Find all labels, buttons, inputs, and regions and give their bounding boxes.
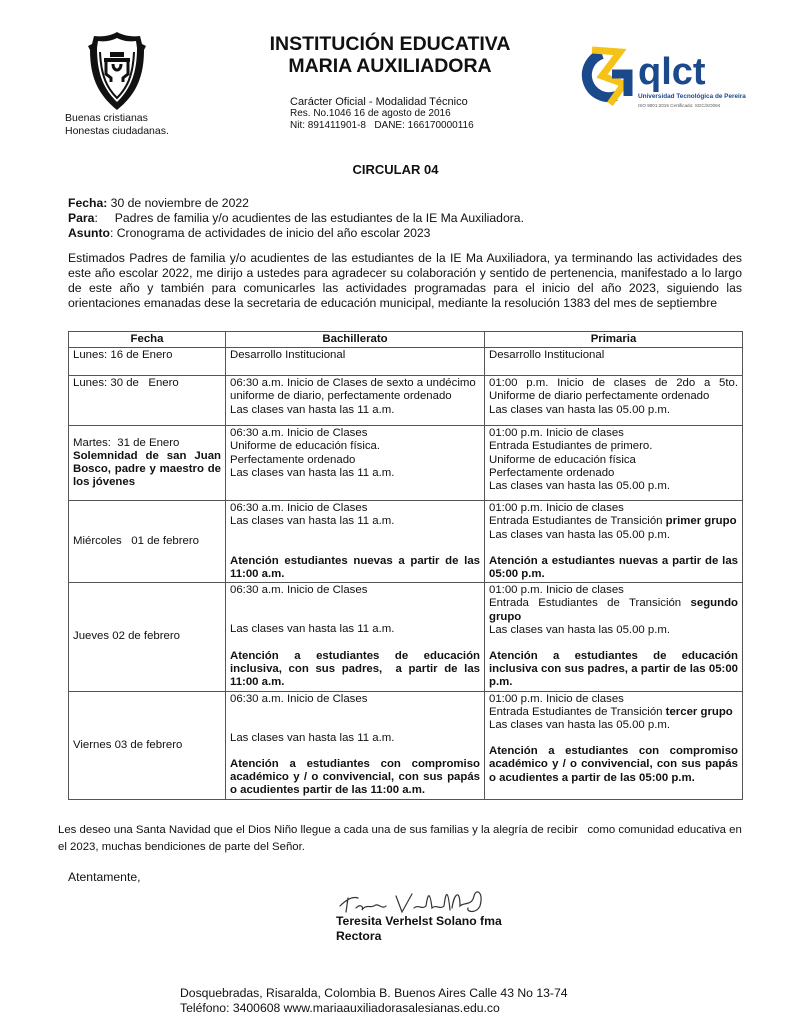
cell-primaria: Desarrollo Institucional <box>485 348 743 376</box>
institution-nit-dane: Nit: 891411901-8 DANE: 166170000116 <box>290 120 474 132</box>
cell-line: 06:30 a.m. Inicio de Clases de sexto a u… <box>230 377 480 390</box>
attention-note: Atención estudiantes nuevas a partir de … <box>230 555 480 581</box>
footer-address: Dosquebradas, Risaralda, Colombia B. Bue… <box>180 986 568 1001</box>
cell-bachillerato: 06:30 a.m. Inicio de Clases de sexto a u… <box>226 376 485 426</box>
group-label: primer grupo <box>666 515 737 527</box>
cell-line: Uniforme de educación física <box>489 454 738 467</box>
table-row: Jueves 02 de febrero 06:30 a.m. Inicio d… <box>69 583 743 691</box>
recipient-line: Para: Padres de familia y/o acudientes d… <box>68 211 524 226</box>
closing-message: Les deseo una Santa Navidad que el Dios … <box>58 822 748 856</box>
cell-line: Las clases van hasta las 11 a.m. <box>230 732 480 745</box>
cell-primaria: 01:00 p.m. Inicio de clases Entrada Estu… <box>485 426 743 501</box>
cell-fecha: Lunes: 16 de Enero <box>69 348 226 376</box>
header-bachillerato: Bachillerato <box>226 332 485 348</box>
institution-resolution: Res. No.1046 16 de agosto de 2016 <box>290 108 474 120</box>
cell-text: Entrada Estudiantes de Transición <box>489 515 666 527</box>
date-value: 30 de noviembre de 2022 <box>107 196 249 210</box>
recipient-label: Para <box>68 211 94 225</box>
intro-paragraph: Estimados Padres de familia y/o acudient… <box>68 251 742 311</box>
cell-line: Entrada Estudiantes de primero. <box>489 440 738 453</box>
header-primaria: Primaria <box>485 332 743 348</box>
subject-line: Asunto: Cronograma de actividades de ini… <box>68 226 430 241</box>
cell-line: Las clases van hasta las 11 a.m. <box>230 515 480 528</box>
institution-name-line-2: MARIA AUXILIADORA <box>230 55 550 77</box>
cell-line: 01:00 p.m. Inicio de clases <box>489 584 738 597</box>
schedule-table: Fecha Bachillerato Primaria Lunes: 16 de… <box>68 331 743 800</box>
institution-name-line-1: INSTITUCIÓN EDUCATIVA <box>230 33 550 55</box>
cell-line: Martes: 31 de Enero <box>73 437 221 450</box>
feast-day-note: Solemnidad de san Juan Bosco, padre y ma… <box>73 450 221 490</box>
signer-block: Teresita Verhelst Solano fma Rectora <box>336 914 502 944</box>
subject-value: : Cronograma de actividades de inicio de… <box>110 226 430 240</box>
footer-contact: Teléfono: 3400608 www.mariaauxiliadorasa… <box>180 1001 568 1016</box>
cell-primaria: 01:00 p.m. Inicio de clases de 2do a 5to… <box>485 376 743 426</box>
shield-crest-icon <box>80 30 154 112</box>
cell-line: uniforme de diario, perfectamente ordena… <box>230 390 480 403</box>
cell-line: 06:30 a.m. Inicio de Clases <box>230 584 480 597</box>
cell-line: Entrada Estudiantes de Transición primer… <box>489 515 738 528</box>
cell-bachillerato: 06:30 a.m. Inicio de Clases Uniforme de … <box>226 426 485 501</box>
footer: Dosquebradas, Risaralda, Colombia B. Bue… <box>180 986 568 1016</box>
cell-line: 06:30 a.m. Inicio de Clases <box>230 502 480 515</box>
logo-certification: ISO 9001:2015 Certificado: SGC/SO084 <box>638 103 721 108</box>
cell-line: Las clases van hasta las 05.00 p.m. <box>489 624 738 637</box>
cell-line: Las clases van hasta las 11 a.m. <box>230 467 480 480</box>
subject-label: Asunto <box>68 226 110 240</box>
table-header-row: Fecha Bachillerato Primaria <box>69 332 743 348</box>
cell-line: 01:00 p.m. Inicio de clases <box>489 693 738 706</box>
cell-primaria: 01:00 p.m. Inicio de clases Entrada Estu… <box>485 691 743 799</box>
attention-note: Atención a estudiantes de educación incl… <box>230 650 480 690</box>
table-row: Viernes 03 de febrero 06:30 a.m. Inicio … <box>69 691 743 799</box>
cell-line: Desarrollo Institucional <box>489 349 738 362</box>
cell-line: 06:30 a.m. Inicio de Clases <box>230 427 480 440</box>
institution-name: INSTITUCIÓN EDUCATIVA MARIA AUXILIADORA <box>230 33 550 77</box>
cell-text: Entrada Estudiantes de Transición <box>489 597 691 609</box>
cell-bachillerato: 06:30 a.m. Inicio de Clases Las clases v… <box>226 583 485 691</box>
motto-line-2: Honestas ciudadanas. <box>65 125 169 138</box>
table-row: Martes: 31 de Enero Solemnidad de san Ju… <box>69 426 743 501</box>
table-row: Miércoles 01 de febrero 06:30 a.m. Inici… <box>69 501 743 583</box>
cell-text: Entrada Estudiantes de Transición <box>489 706 666 718</box>
cell-line: Las clases van hasta las 05.00 p.m. <box>489 480 738 493</box>
attention-note: Atención a estudiantes con compromiso ac… <box>489 745 738 785</box>
cell-line: Uniforme de educación física. <box>230 440 480 453</box>
cell-line: Las clases van hasta las 05.00 p.m. <box>489 529 738 542</box>
table-row: Lunes: 30 de Enero 06:30 a.m. Inicio de … <box>69 376 743 426</box>
cell-line: Entrada Estudiantes de Transición tercer… <box>489 706 738 719</box>
cell-line: 06:30 a.m. Inicio de Clases <box>230 693 480 706</box>
signer-name: Teresita Verhelst Solano fma <box>336 914 502 929</box>
cell-line: Las clases van hasta las 11 a.m. <box>230 404 480 417</box>
cell-line: 01:00 p.m. Inicio de clases de 2do a 5to… <box>489 377 738 390</box>
table-row: Lunes: 16 de Enero Desarrollo Institucio… <box>69 348 743 376</box>
cell-line: Las clases van hasta las 05.00 p.m. <box>489 719 738 732</box>
cell-line: Las clases van hasta las 11 a.m. <box>230 623 480 636</box>
institution-character: Carácter Oficial - Modalidad Técnico <box>290 96 474 108</box>
cell-bachillerato: 06:30 a.m. Inicio de Clases Las clases v… <box>226 691 485 799</box>
cell-primaria: 01:00 p.m. Inicio de clases Entrada Estu… <box>485 501 743 583</box>
circular-title: CIRCULAR 04 <box>0 162 791 177</box>
institution-info: Carácter Oficial - Modalidad Técnico Res… <box>290 96 474 132</box>
recipient-value: : Padres de familia y/o acudientes de la… <box>94 211 524 225</box>
utp-quality-logo: qlct Universidad Tecnológica de Pereira … <box>572 40 752 120</box>
motto: Buenas cristianas Honestas ciudadanas. <box>65 112 169 138</box>
handwritten-signature-icon <box>336 882 516 918</box>
cell-fecha: Lunes: 30 de Enero <box>69 376 226 426</box>
cell-line: 01:00 p.m. Inicio de clases <box>489 502 738 515</box>
cell-fecha: Miércoles 01 de febrero <box>69 501 226 583</box>
cell-line: 01:00 p.m. Inicio de clases <box>489 427 738 440</box>
cell-fecha: Viernes 03 de febrero <box>69 691 226 799</box>
logo-subtitle: Universidad Tecnológica de Pereira <box>638 93 746 100</box>
attention-note: Atención a estudiantes con compromiso ac… <box>230 758 480 798</box>
cell-line: Perfectamente ordenado <box>489 467 738 480</box>
attention-note: Atención a estudiantes nuevas a partir d… <box>489 555 738 581</box>
cell-primaria: 01:00 p.m. Inicio de clases Entrada Estu… <box>485 583 743 691</box>
cell-bachillerato: Desarrollo Institucional <box>226 348 485 376</box>
cell-line: Uniforme de diario perfectamente ordenad… <box>489 390 738 403</box>
cell-fecha: Martes: 31 de Enero Solemnidad de san Ju… <box>69 426 226 501</box>
date-line: Fecha: 30 de noviembre de 2022 <box>68 196 249 211</box>
group-label: tercer grupo <box>666 706 733 718</box>
farewell: Atentamente, <box>68 870 141 884</box>
cell-line: Perfectamente ordenado <box>230 454 480 467</box>
attention-note: Atención a estudiantes de educación incl… <box>489 650 738 690</box>
motto-line-1: Buenas cristianas <box>65 112 169 125</box>
logo-wordmark: qlct <box>638 51 706 93</box>
cell-line: Desarrollo Institucional <box>230 349 480 362</box>
cell-fecha: Jueves 02 de febrero <box>69 583 226 691</box>
cell-bachillerato: 06:30 a.m. Inicio de Clases Las clases v… <box>226 501 485 583</box>
cell-line: Entrada Estudiantes de Transición segund… <box>489 597 738 623</box>
date-label: Fecha: <box>68 196 107 210</box>
header-fecha: Fecha <box>69 332 226 348</box>
signer-title: Rectora <box>336 929 502 944</box>
cell-line: Las clases van hasta las 05.00 p.m. <box>489 404 738 417</box>
